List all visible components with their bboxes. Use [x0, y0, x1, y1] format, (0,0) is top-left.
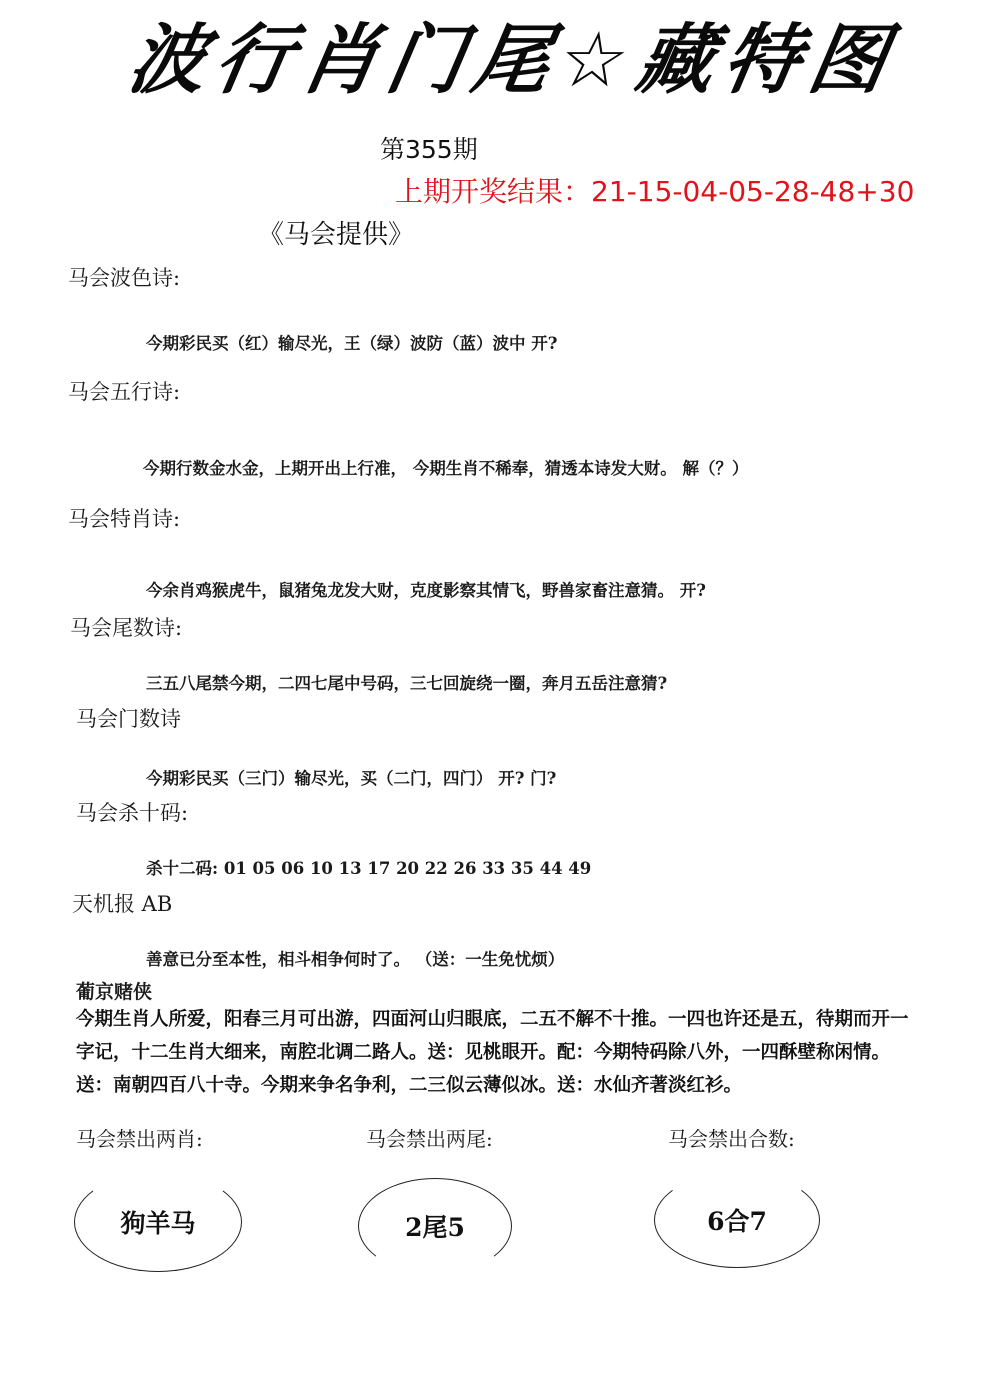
special-zodiac-poem-heading: 马会特肖诗:: [68, 503, 180, 533]
provider-label: 《马会提供》: [258, 214, 414, 251]
wave-color-poem-text: 今期彩民买（红）输尽光，王（绿）波防（蓝）波中 开?: [146, 330, 557, 354]
macau-gambler-text: 今期生肖人所爱，阳春三月可出游，四面河山归眼底，二五不解不十推。一四也许还是五，…: [76, 1003, 926, 1102]
wave-color-poem-heading: 马会波色诗:: [68, 262, 180, 292]
issue-number: 第355期: [380, 130, 478, 166]
macau-gambler-heading: 葡京赌侠: [76, 977, 152, 1004]
heaven-secret-heading: 天机报 AB: [72, 888, 172, 918]
ban-tail-value: 2尾5: [405, 1208, 465, 1244]
kill-ten-numbers-heading: 马会杀十码:: [76, 797, 188, 827]
ban-sum-value: 6合7: [707, 1202, 767, 1238]
five-elements-poem-text: 今期行数金水金，上期开出上行准， 今期生肖不稀奉，猜透本诗发大财。 解（？）: [143, 455, 749, 479]
heaven-secret-text: 善意已分至本性，相斗相争何时了。 （送：一生免忧烦）: [146, 946, 564, 970]
five-elements-poem-heading: 马会五行诗:: [68, 376, 180, 406]
ban-sum-label: 马会禁出合数:: [668, 1123, 795, 1152]
tail-number-poem-text: 三五八尾禁今期，二四七尾中号码，三七回旋绕一圈，奔月五岳注意猜?: [146, 670, 667, 694]
last-draw-numbers: 21-15-04-05-28-48+30: [591, 175, 914, 208]
page-title: 波行肖门尾☆藏特图: [123, 22, 903, 98]
gate-number-poem-heading: 马会门数诗: [76, 703, 181, 733]
ban-zodiac-ellipse: 狗羊马: [74, 1172, 242, 1272]
ban-tail-ellipse: 2尾5: [358, 1178, 512, 1274]
special-zodiac-poem-text: 今余肖鸡猴虎牛，鼠猪兔龙发大财，克度影察其情飞，野兽家畜注意猜。 开?: [146, 577, 706, 601]
gate-number-poem-text: 今期彩民买（三门）输尽光，买（二门，四门） 开? 门?: [146, 765, 556, 789]
ban-zodiac-label: 马会禁出两肖:: [76, 1123, 203, 1152]
ban-sum-ellipse: 6合7: [654, 1172, 820, 1268]
kill-twelve-numbers-text: 杀十二码: 01 05 06 10 13 17 20 22 26 33 35 4…: [146, 855, 591, 879]
ban-zodiac-value: 狗羊马: [120, 1204, 195, 1240]
last-draw-label: 上期开奖结果：: [395, 175, 591, 208]
ban-tail-label: 马会禁出两尾:: [366, 1123, 493, 1152]
tail-number-poem-heading: 马会尾数诗:: [70, 612, 182, 642]
last-draw-result: 上期开奖结果：21-15-04-05-28-48+30: [395, 170, 914, 210]
